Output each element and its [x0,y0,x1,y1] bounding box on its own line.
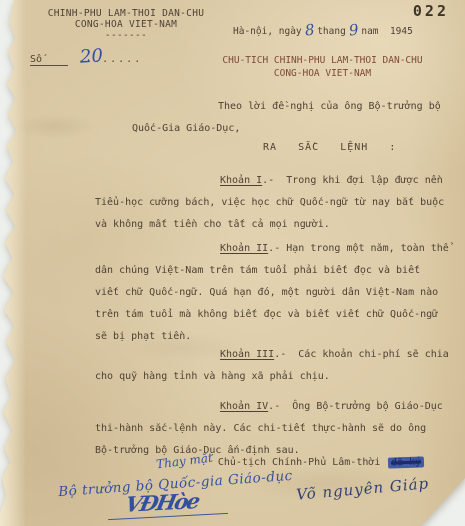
article-1-first-line: Khoản I.- Trong khi đợi lập được nền [95,170,455,192]
handwritten-day: 8 [304,21,315,40]
article-4-punct: .- [268,401,280,412]
number-label: Số [30,54,68,66]
preamble: Theo lời đề-nghị của ông Bộ-trưởng bộ Qu… [95,96,455,140]
article-1-line2: Tiểu-học cưỡng bách, việc học chữ Quốc-n… [95,192,455,214]
article-2-line4: trên tám tuổi mà không biết đọc và biết … [95,304,455,326]
preamble-line1: Theo lời đề-nghị của ông Bộ-trưởng bộ [95,96,455,118]
article-4-label: Khoản IV [220,401,268,412]
article-2-text: Hạn trong một năm, toàn thể [286,243,449,254]
struck-out-text: đã ký [388,456,424,468]
decree-heading: RA SẮC LỆNH : [263,142,396,153]
signature-typed-title: Chủ-tịch Chính-Phủ Lâm-thời [218,457,381,468]
article-2-line2: dân chúng Việt-Nam trên tám tuổi phải bi… [95,260,455,282]
date-line: Hà-nội, ngày8thang9nam 1945 [233,20,413,38]
article-2-line5: sẽ bị phạt tiền. [95,326,455,348]
preamble-line2: Quốc-Gia Giáo-Dục, [95,118,455,140]
article-4: Khoản IV.- Ông Bộ-trưởng bộ Giáo-Dục thi… [95,396,455,462]
date-suffix: nam 1945 [361,26,412,37]
article-1-line3: và không mất tiền cho tất cả mọi người. [95,214,455,236]
letterhead-line2: CONG-HOA VIET-NAM [28,19,224,30]
article-2: Khoản II.- Hạn trong một năm, toàn thể d… [95,238,455,348]
signature-title-line: Thay mặtChủ-tịch Chính-Phủ Lâm-thờiđã ký [156,454,425,468]
issuer-line1: CHU-TICH CHINH-PHU LAM-THOI DAN-CHU [215,54,430,67]
handwritten-month: 9 [348,21,359,40]
article-4-text: Ông Bộ-trưởng bộ Giáo-Dục [292,401,443,412]
letterhead-separator: ------- [28,30,224,41]
article-2-line3: viết chữ Quốc-ngữ. Quá hạn đó, một người… [95,282,455,304]
archive-stamp-number: 022 [413,2,449,20]
document-number-line: Số........ 20 [30,54,142,74]
issuer-line2: CONG-HOA VIET-NAM [215,67,430,80]
handwritten-number: 20 [79,45,103,68]
letterhead-line1: CHINH-PHU LAM-THOI DAN-CHU [28,8,224,19]
article-4-first-line: Khoản IV.- Ông Bộ-trưởng bộ Giáo-Dục [95,396,455,418]
letterhead-left: CHINH-PHU LAM-THOI DAN-CHU CONG-HOA VIET… [28,8,224,41]
article-1-text: Trong khi đợi lập được nền [286,175,443,186]
paper-sheet: CHINH-PHU LAM-THOI DAN-CHU CONG-HOA VIET… [0,0,465,526]
date-middle: thang [317,26,346,37]
handwritten-minister-title: Bộ trưởng bộ Quốc-gia Giáo-dục [58,468,293,500]
number-dots: ........ [78,54,142,65]
article-2-punct: .- [268,243,280,254]
article-3-line2: cho quỹ hàng tỉnh và hàng xã phải chịu. [95,366,455,388]
article-4-line3: Bộ-trưởng bộ Giáo-Dục ấn-định sau. [95,440,455,462]
article-4-line2: thi-hành sắc-lệnh này. Các chi-tiết thực… [95,418,455,440]
article-1-label: Khoản I [220,175,262,186]
issuer-heading: CHU-TICH CHINH-PHU LAM-THOI DAN-CHU CONG… [215,54,430,80]
article-1-punct: .- [262,175,274,186]
article-2-first-line: Khoản II.- Hạn trong một năm, toàn thể [95,238,455,260]
minister-signature: VĐHòe [123,488,201,517]
article-3-first-line: Khoản III.- Các khoản chi-phí sẽ chia [95,344,455,366]
date-prefix: Hà-nội, ngày [233,26,302,37]
scanned-decree-page: CHINH-PHU LAM-THOI DAN-CHU CONG-HOA VIET… [0,0,465,526]
chairman-signature: Võ nguyên Giáp [295,474,429,504]
article-2-label: Khoản II [220,243,268,254]
minister-signature-underline [108,513,228,520]
article-3-text: Các khoản chi-phí sẽ chia [298,349,449,360]
article-1: Khoản I.- Trong khi đợi lập được nền Tiể… [95,170,455,236]
article-3: Khoản III.- Các khoản chi-phí sẽ chia ch… [95,344,455,388]
paper-shadow-wrapper: CHINH-PHU LAM-THOI DAN-CHU CONG-HOA VIET… [0,0,465,526]
article-3-punct: .- [274,349,286,360]
article-3-label: Khoản III [220,349,274,360]
handwritten-thay-mat: Thay mặt [155,451,213,472]
